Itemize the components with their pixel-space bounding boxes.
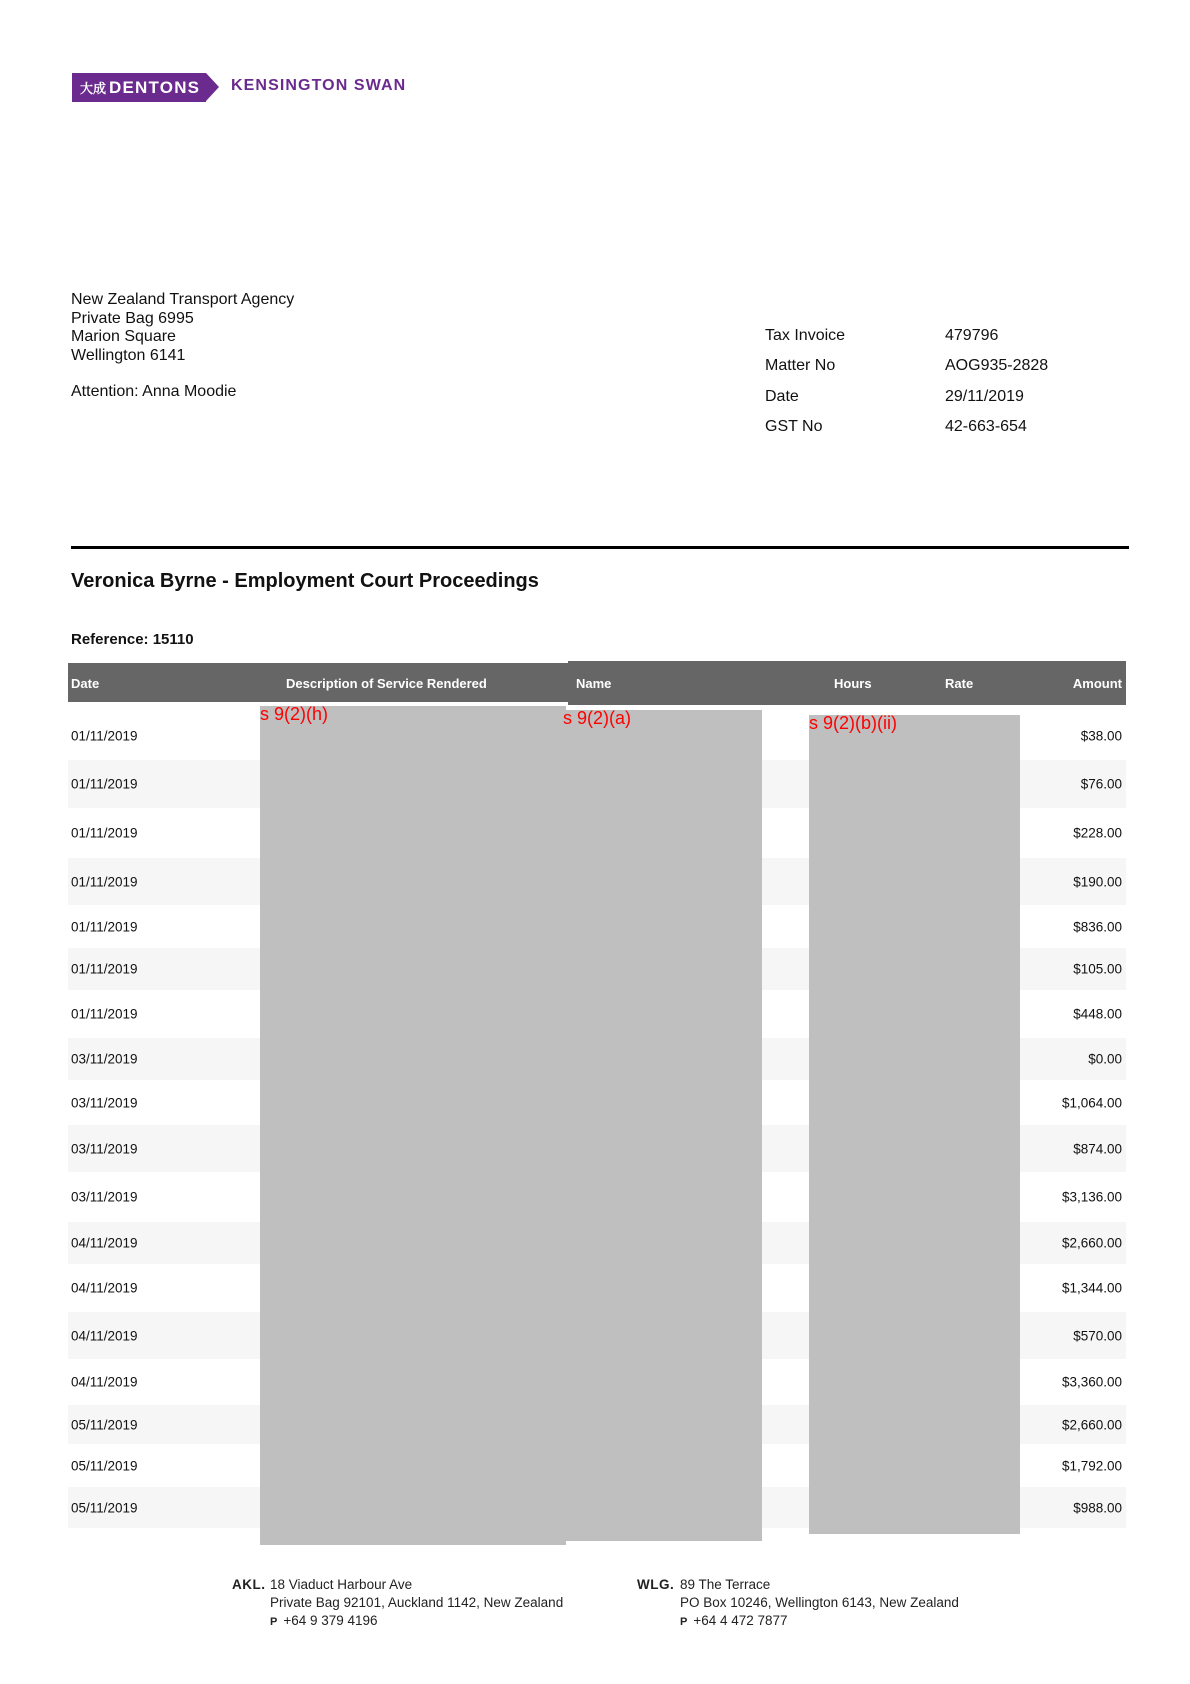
logo-arrow-shape [206,73,219,101]
row-amount: $1,064.00 [1062,1095,1122,1110]
row-date: 01/11/2019 [71,962,138,977]
meta-row-matter-no: Matter No AOG935-2828 [765,351,1048,381]
row-amount: $2,660.00 [1062,1236,1122,1251]
row-amount: $1,792.00 [1062,1458,1122,1473]
row-amount: $836.00 [1073,919,1122,934]
column-header-name: Name [576,676,611,691]
office-phone: +64 4 472 7877 [693,1613,787,1628]
office-street: 89 The Terrace [680,1576,959,1594]
row-amount: $105.00 [1073,962,1122,977]
row-date: 03/11/2019 [71,1141,138,1156]
row-date: 01/11/2019 [71,919,138,934]
row-date: 01/11/2019 [71,777,138,792]
redaction-label: s 9(2)(b)(ii) [809,713,897,734]
office-phone: +64 9 379 4196 [283,1613,377,1628]
row-date: 05/11/2019 [71,1500,138,1515]
row-amount: $190.00 [1073,874,1122,889]
row-amount: $1,344.00 [1062,1281,1122,1296]
dentons-logo: 大成DENTONS [72,73,206,102]
logo-secondary-text: KENSINGTON SWAN [231,77,406,95]
row-date: 05/11/2019 [71,1417,138,1432]
column-header-hours: Hours [834,676,872,691]
office-postal: PO Box 10246, Wellington 6143, New Zeala… [680,1594,959,1612]
row-amount: $0.00 [1088,1052,1122,1067]
logo-primary-text: DENTONS [109,78,200,97]
row-amount: $988.00 [1073,1500,1122,1515]
office-postal: Private Bag 92101, Auckland 1142, New Ze… [270,1594,563,1612]
redaction-description: s 9(2)(h) [260,706,566,1545]
row-date: 03/11/2019 [71,1190,138,1205]
row-date: 01/11/2019 [71,826,138,841]
row-amount: $3,360.00 [1062,1375,1122,1390]
row-date: 03/11/2019 [71,1052,138,1067]
meta-value: AOG935-2828 [945,357,1048,375]
invoice-meta: Tax Invoice 479796 Matter No AOG935-2828… [765,321,1048,442]
office-code: WLG. [637,1576,674,1594]
meta-label: Tax Invoice [765,327,945,345]
phone-label: P [680,1616,687,1628]
address-line: Private Bag 6995 [71,310,294,329]
meta-row-date: Date 29/11/2019 [765,382,1048,412]
address-line: New Zealand Transport Agency [71,291,294,310]
row-amount: $38.00 [1081,728,1122,743]
row-amount: $570.00 [1073,1328,1122,1343]
row-date: 03/11/2019 [71,1095,138,1110]
row-amount: $448.00 [1073,1007,1122,1022]
recipient-address: New Zealand Transport Agency Private Bag… [71,291,294,365]
row-date: 04/11/2019 [71,1375,138,1390]
row-amount: $874.00 [1073,1141,1122,1156]
address-line: Wellington 6141 [71,347,294,366]
meta-label: GST No [765,418,945,436]
meta-value: 479796 [945,327,998,345]
column-header-date: Date [71,676,99,691]
meta-value: 29/11/2019 [945,388,1024,406]
redaction-label: s 9(2)(a) [563,708,631,729]
redaction-name: s 9(2)(a) [566,710,762,1541]
column-header-rate: Rate [945,676,973,691]
row-date: 04/11/2019 [71,1281,138,1296]
meta-label: Matter No [765,357,945,375]
office-code: AKL. [232,1576,266,1594]
column-header-description: Description of Service Rendered [286,676,487,691]
attention-line: Attention: Anna Moodie [71,383,236,401]
row-date: 01/11/2019 [71,874,138,889]
row-amount: $228.00 [1073,826,1122,841]
meta-label: Date [765,388,945,406]
row-amount: $2,660.00 [1062,1417,1122,1432]
row-date: 04/11/2019 [71,1236,138,1251]
reference-number: Reference: 15110 [71,631,194,648]
row-date: 04/11/2019 [71,1328,138,1343]
address-line: Marion Square [71,328,294,347]
row-amount: $76.00 [1081,777,1122,792]
meta-row-gst-no: GST No 42-663-654 [765,412,1048,442]
office-street: 18 Viaduct Harbour Ave [270,1576,563,1594]
redaction-label: s 9(2)(h) [260,704,328,725]
row-date: 01/11/2019 [71,728,138,743]
phone-label: P [270,1616,277,1628]
logo-cjk-mark: 大成 [80,82,106,97]
redaction-hours-rate: s 9(2)(b)(ii) [809,715,1020,1534]
meta-value: 42-663-654 [945,418,1027,436]
section-divider [71,546,1129,549]
matter-title: Veronica Byrne - Employment Court Procee… [71,570,539,593]
column-header-amount: Amount [1073,676,1122,691]
row-date: 05/11/2019 [71,1458,138,1473]
row-amount: $3,136.00 [1062,1190,1122,1205]
meta-row-tax-invoice: Tax Invoice 479796 [765,321,1048,351]
row-date: 01/11/2019 [71,1007,138,1022]
